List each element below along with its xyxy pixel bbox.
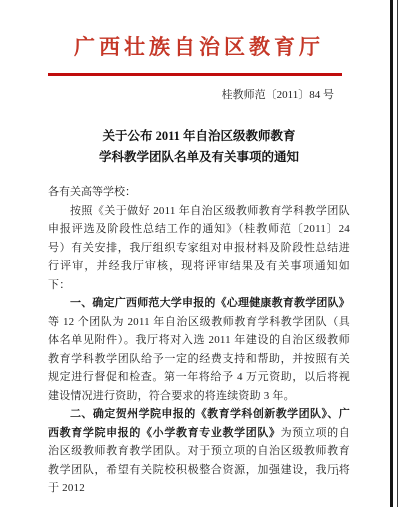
paragraph-text-bold: 一、确定广西师范大学申报的《心理健康教育教学团队》 — [70, 297, 350, 309]
paragraph-item-2: 二、确定贺州学院申报的《教育学科创新教学团队》、广西教育学院申报的《小学教育专业… — [48, 405, 350, 498]
document-title-line2: 学科教学团队名单及有关事项的通知 — [0, 147, 398, 168]
scan-artifact-line — [390, 0, 393, 507]
paragraph-text: 等 12 个团队为 2011 年自治区级教师教育学科教学团队（具体名单见附件）。… — [48, 316, 350, 402]
header-divider-rule — [48, 73, 342, 76]
document-title: 关于公布 2011 年自治区级教师教育 学科教学团队名单及有关事项的通知 — [0, 126, 398, 167]
issuing-authority-title: 广西壮族自治区教育厅 — [0, 34, 398, 60]
salutation: 各有关高等学校： — [48, 183, 350, 202]
document-page: 广西壮族自治区教育厅 桂教师范〔2011〕84 号 关于公布 2011 年自治区… — [0, 0, 398, 507]
document-reference-number: 桂教师范〔2011〕84 号 — [0, 88, 334, 102]
paragraph-item-1: 一、确定广西师范大学申报的《心理健康教育教学团队》等 12 个团队为 2011 … — [48, 294, 350, 405]
paragraph-intro: 按照《关于做好 2011 年自治区级教师教育学科教学团队申报评选及阶段性总结工作… — [48, 202, 350, 295]
document-title-line1: 关于公布 2011 年自治区级教师教育 — [0, 126, 398, 147]
paragraph-text: 按照《关于做好 2011 年自治区级教师教育学科教学团队申报评选及阶段性总结工作… — [48, 205, 350, 291]
page-number: 1 — [335, 467, 340, 477]
